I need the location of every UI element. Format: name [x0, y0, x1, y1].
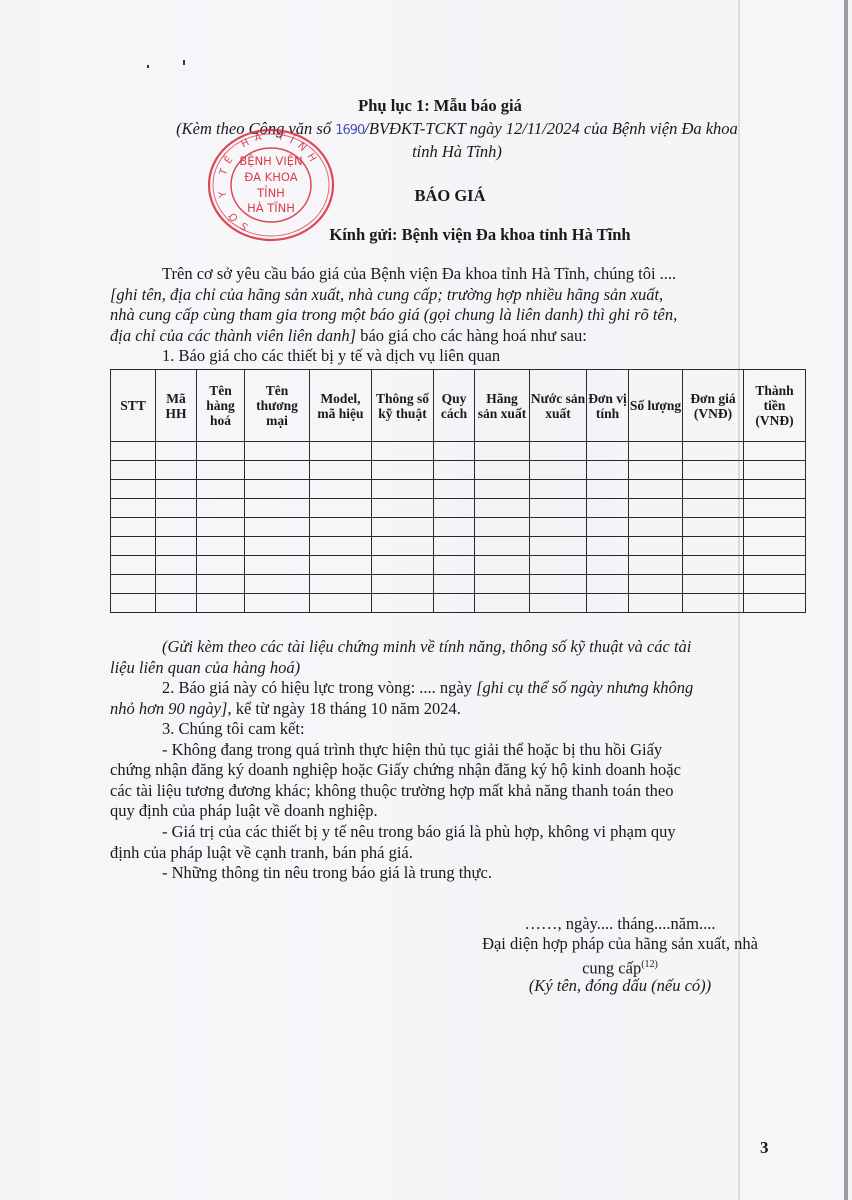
table-cell: [156, 442, 197, 461]
svg-text:BỆNH VIỆN: BỆNH VIỆN: [239, 153, 302, 168]
table-cell: [530, 594, 587, 613]
table-cell: [197, 480, 245, 499]
column-header: STT: [111, 370, 156, 442]
table-cell: [111, 442, 156, 461]
table-cell: [310, 461, 372, 480]
table-row: [111, 499, 806, 518]
table-cell: [434, 480, 475, 499]
table-row: [111, 518, 806, 537]
table-cell: [434, 461, 475, 480]
attachment-note: (Gửi kèm theo các tài liệu chứng minh về…: [110, 637, 805, 678]
table-cell: [629, 461, 683, 480]
table-cell: [111, 518, 156, 537]
table-cell: [683, 499, 744, 518]
table-row: [111, 480, 806, 499]
table-cell: [683, 556, 744, 575]
table-cell: [587, 461, 629, 480]
table-cell: [372, 480, 434, 499]
table-cell: [530, 556, 587, 575]
table-cell: [475, 442, 530, 461]
table-cell: [629, 480, 683, 499]
table-row: [111, 537, 806, 556]
table-cell: [475, 594, 530, 613]
table-cell: [111, 537, 156, 556]
table-cell: [587, 537, 629, 556]
document-page: Phụ lục 1: Mẫu báo giá (Kèm theo Công vă…: [0, 0, 848, 1200]
table-cell: [372, 556, 434, 575]
table-cell: [310, 499, 372, 518]
table-cell: [111, 480, 156, 499]
table-cell: [530, 499, 587, 518]
table-cell: [475, 556, 530, 575]
table-cell: [683, 594, 744, 613]
handwritten-document-number: 1690: [335, 123, 364, 138]
table-cell: [683, 480, 744, 499]
table-cell: [245, 442, 310, 461]
table-cell: [587, 594, 629, 613]
table-cell: [530, 575, 587, 594]
table-cell: [156, 499, 197, 518]
table-cell: [434, 537, 475, 556]
table-row: [111, 461, 806, 480]
table-cell: [744, 480, 806, 499]
table-cell: [475, 518, 530, 537]
table-cell: [310, 537, 372, 556]
table-cell: [744, 461, 806, 480]
table-cell: [587, 518, 629, 537]
column-header: Quy cách: [434, 370, 475, 442]
svg-text:TỈNH: TỈNH: [256, 184, 285, 200]
table-cell: [475, 537, 530, 556]
table-cell: [530, 518, 587, 537]
intro-paragraph: Trên cơ sở yêu cầu báo giá của Bệnh viện…: [110, 264, 805, 367]
table-cell: [156, 556, 197, 575]
table-cell: [372, 518, 434, 537]
table-cell: [310, 442, 372, 461]
svg-text:HÀ TĨNH: HÀ TĨNH: [247, 200, 295, 215]
page-number: 3: [760, 1138, 769, 1158]
table-row: [111, 575, 806, 594]
table-cell: [310, 556, 372, 575]
signature-representative: Đại diện hợp pháp của hãng sản xuất, nhà…: [430, 934, 810, 979]
table-cell: [629, 499, 683, 518]
table-cell: [245, 556, 310, 575]
table-cell: [156, 480, 197, 499]
table-cell: [530, 461, 587, 480]
table-cell: [683, 537, 744, 556]
table-cell: [683, 442, 744, 461]
footnote-marker: (12): [641, 959, 658, 970]
table-cell: [587, 499, 629, 518]
table-cell: [197, 499, 245, 518]
table-cell: [744, 499, 806, 518]
table-cell: [434, 518, 475, 537]
table-cell: [629, 442, 683, 461]
table-cell: [156, 461, 197, 480]
scan-speck: [183, 60, 185, 65]
column-header: Số lượng: [629, 370, 683, 442]
table-cell: [197, 594, 245, 613]
table-cell: [475, 575, 530, 594]
table-cell: [156, 594, 197, 613]
signature-note: (Ký tên, đóng dấu (nếu có)): [430, 976, 810, 996]
column-header: Tên hàng hoá: [197, 370, 245, 442]
table-cell: [475, 499, 530, 518]
table-cell: [744, 575, 806, 594]
svg-text:ĐA KHOA: ĐA KHOA: [244, 170, 297, 184]
table-cell: [744, 594, 806, 613]
table-cell: [629, 594, 683, 613]
table-cell: [434, 556, 475, 575]
table-cell: [372, 537, 434, 556]
table-cell: [475, 480, 530, 499]
table-cell: [111, 556, 156, 575]
table-header-row: STTMã HHTên hàng hoáTên thương mạiModel,…: [111, 370, 806, 442]
column-header: Hãng sản xuất: [475, 370, 530, 442]
table-cell: [245, 518, 310, 537]
table-row: [111, 594, 806, 613]
table-cell: [629, 575, 683, 594]
table-cell: [587, 442, 629, 461]
column-header: Nước sản xuất: [530, 370, 587, 442]
table-cell: [475, 461, 530, 480]
table-cell: [156, 575, 197, 594]
table-cell: [629, 518, 683, 537]
table-cell: [530, 442, 587, 461]
table-cell: [744, 518, 806, 537]
table-cell: [372, 499, 434, 518]
table-cell: [629, 556, 683, 575]
scan-edge: [844, 0, 848, 1200]
table-cell: [587, 556, 629, 575]
table-cell: [744, 537, 806, 556]
table-cell: [372, 442, 434, 461]
table-row: [111, 556, 806, 575]
table-cell: [434, 499, 475, 518]
table-cell: [744, 442, 806, 461]
table-cell: [197, 518, 245, 537]
table-cell: [245, 575, 310, 594]
column-header: Đơn vị tính: [587, 370, 629, 442]
table-cell: [245, 499, 310, 518]
table-cell: [744, 556, 806, 575]
table-cell: [434, 594, 475, 613]
column-header: Mã HH: [156, 370, 197, 442]
appendix-title: Phụ lục 1: Mẫu báo giá: [100, 96, 780, 116]
table-cell: [156, 518, 197, 537]
table-cell: [587, 575, 629, 594]
quotation-table: STTMã HHTên hàng hoáTên thương mạiModel,…: [110, 369, 806, 613]
signature-date-line: ……, ngày.... tháng....năm....: [430, 914, 810, 934]
table-cell: [310, 575, 372, 594]
table-cell: [587, 480, 629, 499]
section-1-heading: 1. Báo giá cho các thiết bị y tế và dịch…: [162, 346, 500, 365]
document-heading: BÁO GIÁ: [300, 186, 600, 206]
table-cell: [530, 480, 587, 499]
column-header: Tên thương mại: [245, 370, 310, 442]
validity-section: 2. Báo giá này có hiệu lực trong vòng: .…: [110, 678, 805, 719]
column-header: Thông số kỹ thuật: [372, 370, 434, 442]
table-cell: [372, 594, 434, 613]
table-cell: [310, 518, 372, 537]
scan-speck: [147, 65, 149, 68]
column-header: Model, mã hiệu: [310, 370, 372, 442]
table-cell: [111, 575, 156, 594]
table-cell: [683, 518, 744, 537]
section-3-heading: 3. Chúng tôi cam kết:: [162, 719, 305, 738]
table-cell: [372, 575, 434, 594]
recipient-line: Kính gửi: Bệnh viện Đa khoa tỉnh Hà Tĩnh: [240, 225, 720, 245]
table-cell: [310, 594, 372, 613]
table-cell: [197, 575, 245, 594]
table-cell: [530, 537, 587, 556]
table-cell: [197, 442, 245, 461]
table-cell: [683, 575, 744, 594]
table-cell: [111, 461, 156, 480]
table-cell: [683, 461, 744, 480]
table-cell: [111, 594, 156, 613]
column-header: Đơn giá (VNĐ): [683, 370, 744, 442]
table-cell: [245, 461, 310, 480]
table-cell: [156, 537, 197, 556]
table-cell: [197, 537, 245, 556]
table-cell: [434, 442, 475, 461]
table-row: [111, 442, 806, 461]
table-cell: [245, 480, 310, 499]
table-cell: [245, 594, 310, 613]
table-cell: [310, 480, 372, 499]
table-cell: [372, 461, 434, 480]
table-cell: [111, 499, 156, 518]
column-header: Thành tiền (VNĐ): [744, 370, 806, 442]
table-cell: [197, 461, 245, 480]
table-cell: [245, 537, 310, 556]
table-cell: [629, 537, 683, 556]
commitment-section: 3. Chúng tôi cam kết: - Không đang trong…: [110, 719, 805, 884]
table-cell: [197, 556, 245, 575]
table-cell: [434, 575, 475, 594]
